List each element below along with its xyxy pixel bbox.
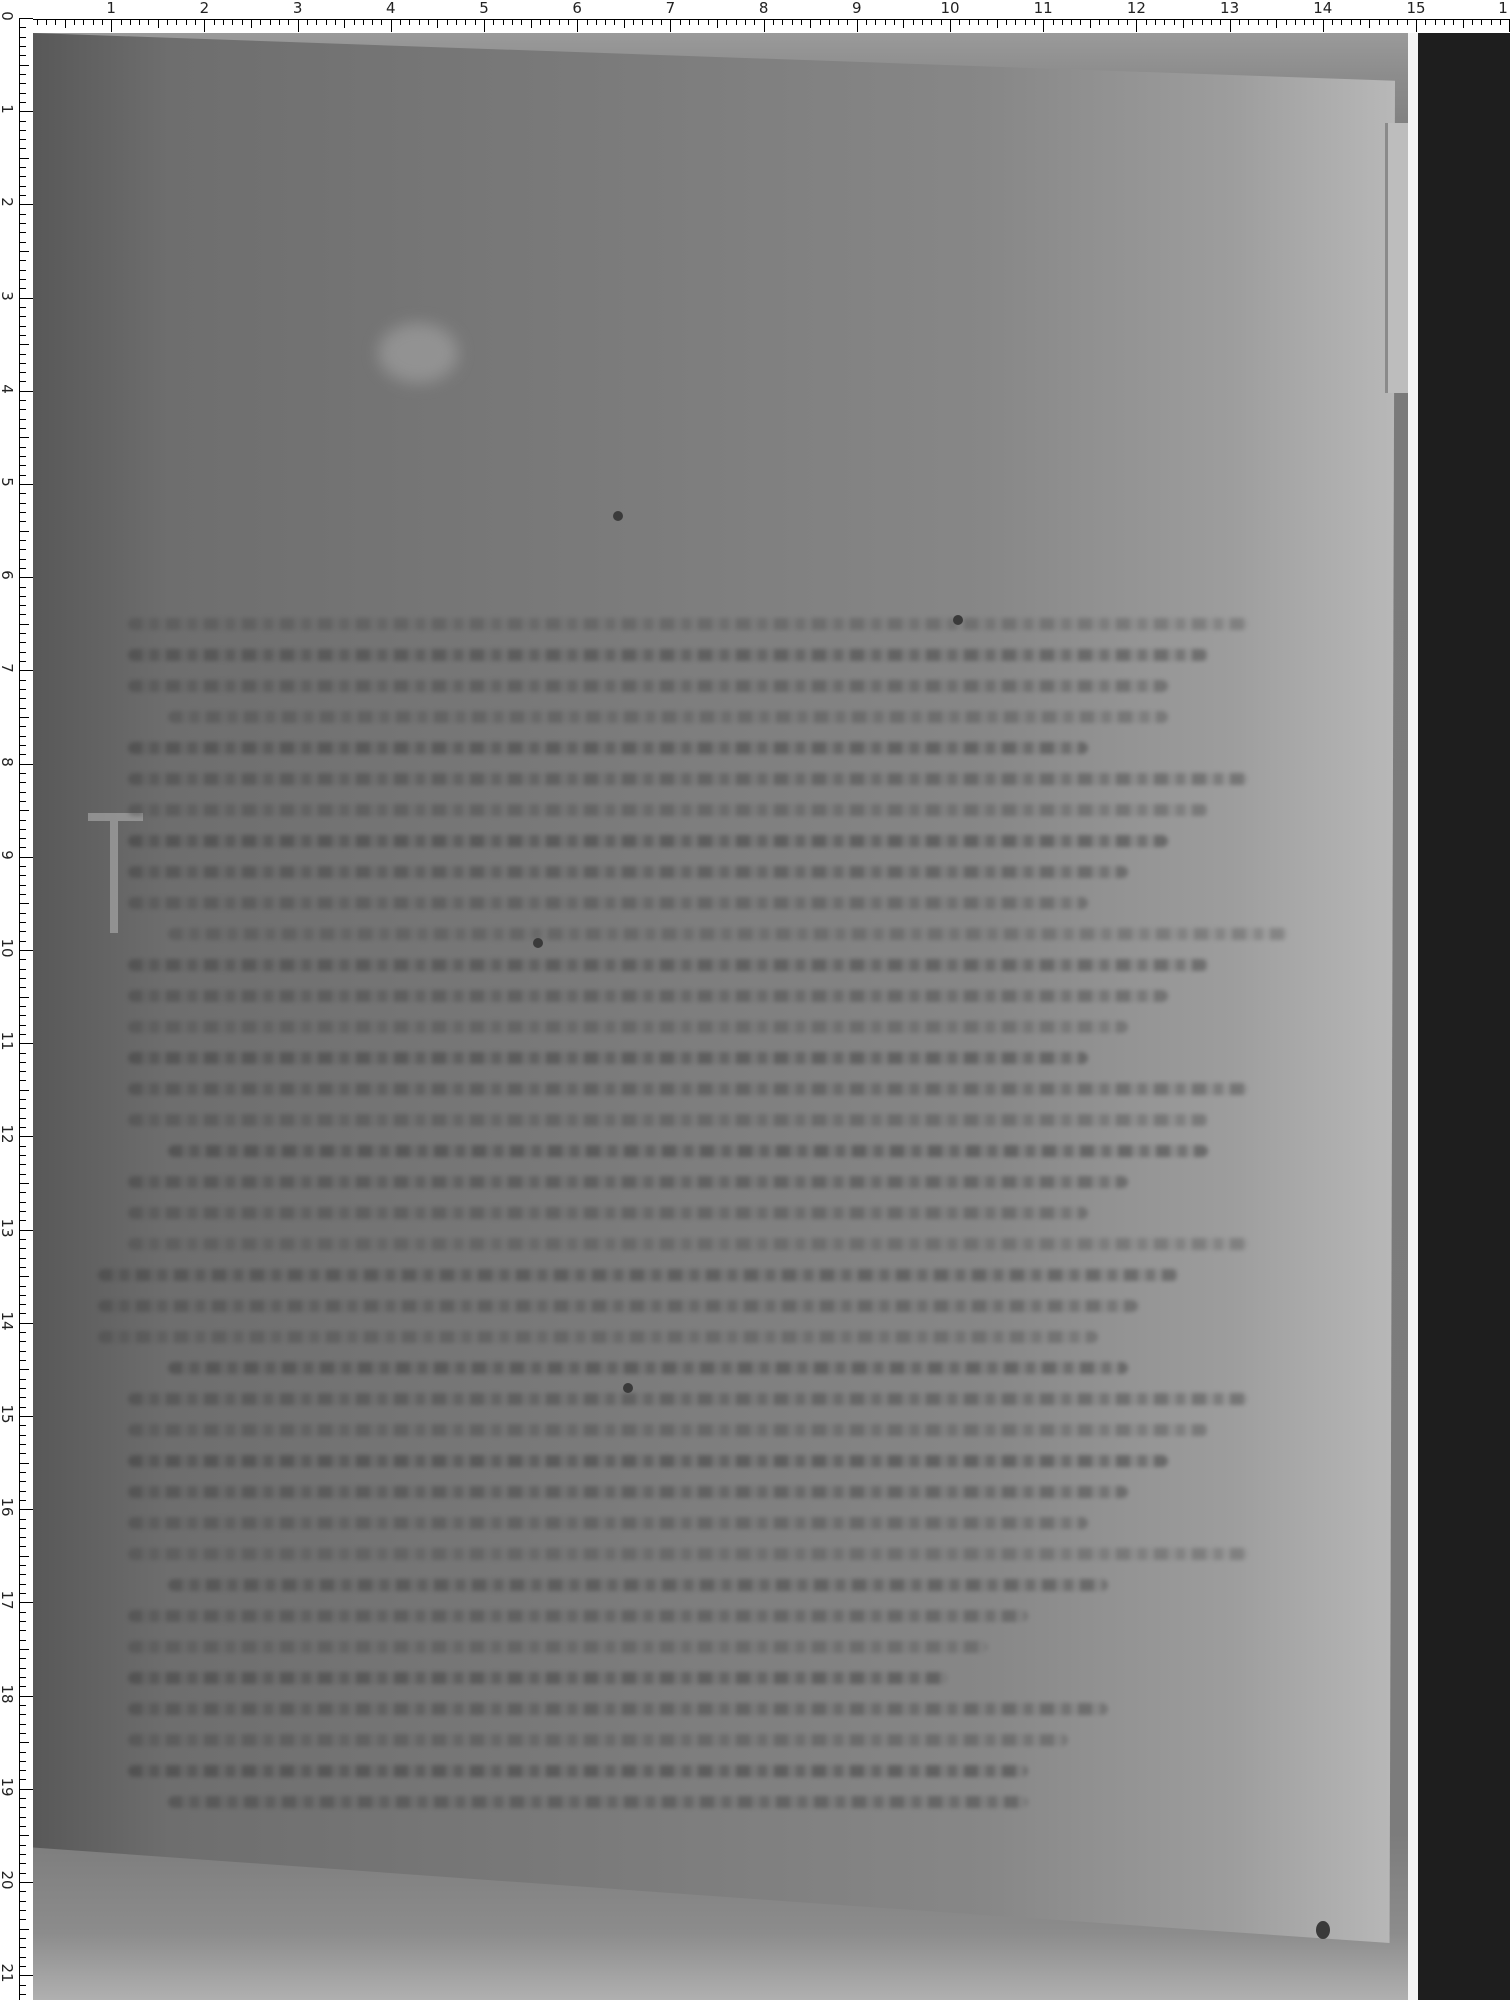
ruler-tick — [866, 19, 867, 25]
ruler-tick — [680, 19, 681, 25]
ruler-tick — [19, 1546, 26, 1547]
ruler-tick — [19, 1677, 26, 1678]
ruler-tick — [19, 866, 26, 867]
ruler-label: 9 — [0, 850, 14, 860]
ruler-tick — [1463, 19, 1464, 28]
ruler-tick — [19, 1295, 26, 1296]
manuscript-line — [128, 1207, 1088, 1219]
ruler-tick — [19, 1192, 26, 1193]
ruler-label: 15 — [0, 1404, 14, 1423]
ruler-tick — [19, 27, 26, 28]
ruler-tick — [19, 363, 26, 364]
ruler-tick — [19, 1919, 26, 1920]
top-ruler: 01234567891011121314151 — [0, 0, 1510, 33]
ruler-tick — [19, 885, 26, 886]
ruler-tick — [19, 1397, 26, 1398]
ruler-tick — [19, 1258, 26, 1259]
ruler-label: 13 — [0, 1218, 14, 1237]
ruler-tick — [19, 121, 26, 122]
ruler-tick — [484, 19, 485, 32]
ruler-tick — [19, 913, 26, 914]
ruler-tick — [1127, 19, 1128, 25]
ruler-label: 0 — [0, 11, 14, 21]
ruler-tick — [102, 19, 103, 25]
ruler-tick — [568, 19, 569, 25]
ruler-tick — [19, 1686, 26, 1687]
ruler-tick — [19, 1742, 29, 1743]
ruler-tick — [1108, 19, 1109, 25]
ruler-tick — [969, 19, 970, 25]
ruler-tick — [19, 409, 26, 410]
ruler-tick — [19, 223, 26, 224]
ruler-tick — [279, 19, 280, 25]
ruler-label: 6 — [572, 0, 582, 16]
ruler-tick — [1500, 19, 1501, 25]
ruler-tick — [19, 1006, 26, 1007]
ruler-tick — [642, 19, 643, 25]
scan-area — [33, 33, 1510, 2000]
ruler-tick — [19, 1407, 26, 1408]
ruler-tick — [19, 1071, 26, 1072]
ruler-label: 2 — [200, 0, 210, 16]
ruler-tick — [19, 167, 26, 168]
ruler-tick — [19, 195, 26, 196]
ruler-label: 12 — [1127, 0, 1146, 16]
ruler-tick — [1435, 19, 1436, 25]
manuscript-line — [128, 804, 1208, 816]
ruler-tick — [19, 55, 26, 56]
ruler-tick — [19, 1649, 29, 1650]
ruler-tick — [773, 19, 774, 25]
ruler-tick — [1183, 19, 1184, 28]
ruler-tick — [19, 270, 26, 271]
ruler-tick — [307, 19, 308, 25]
ruler-tick — [55, 19, 56, 25]
ruler-tick — [540, 19, 541, 25]
ruler-tick — [19, 232, 26, 233]
ruler-tick — [19, 1146, 26, 1147]
ruler-tick — [19, 1248, 26, 1249]
ruler-tick — [475, 19, 476, 25]
ruler-tick — [298, 19, 299, 32]
manuscript-line — [168, 1362, 1128, 1374]
ruler-tick — [19, 1537, 26, 1538]
ruler-tick — [894, 19, 895, 25]
ruler-tick — [83, 19, 84, 25]
ruler-tick — [577, 19, 578, 32]
ruler-tick — [1313, 19, 1314, 25]
ruler-tick — [922, 19, 923, 25]
ruler-tick — [19, 1612, 26, 1613]
ruler-tick — [661, 19, 662, 25]
ruler-tick — [1379, 19, 1380, 25]
ruler-tick — [764, 19, 765, 32]
ruler-tick — [204, 19, 205, 32]
ruler-tick — [19, 186, 26, 187]
ruler-tick — [19, 437, 29, 438]
ruler-tick — [1332, 19, 1333, 25]
ruler-tick — [745, 19, 746, 25]
ruler-label: 13 — [1220, 0, 1239, 16]
ruler-tick — [93, 19, 94, 25]
ruler-tick — [121, 19, 122, 25]
manuscript-line — [128, 959, 1208, 971]
ruler-tick — [1146, 19, 1147, 25]
ruler-tick — [19, 531, 29, 532]
ruler-tick — [19, 1910, 26, 1911]
ruler-label: 8 — [759, 0, 769, 16]
ruler-tick — [19, 1696, 33, 1697]
ruler-tick — [1388, 19, 1389, 25]
ruler-tick — [19, 1938, 26, 1939]
ruler-tick — [19, 764, 33, 765]
ruler-tick — [19, 139, 26, 140]
ruler-tick — [19, 1574, 26, 1575]
ruler-tick — [1136, 19, 1137, 32]
ruler-tick — [19, 587, 26, 588]
ruler-tick — [176, 19, 177, 25]
manuscript-line — [128, 1486, 1128, 1498]
ruler-tick — [19, 969, 26, 970]
ruler-tick — [19, 1388, 26, 1389]
ruler-tick — [19, 65, 29, 66]
ruler-tick — [19, 1202, 26, 1203]
ruler-tick — [19, 1360, 26, 1361]
ruler-tick — [19, 997, 29, 998]
ruler-tick — [1164, 19, 1165, 25]
ruler-tick — [391, 19, 392, 32]
manuscript-line — [98, 1300, 1138, 1312]
ruler-tick — [19, 493, 26, 494]
ruler-tick — [549, 19, 550, 25]
ruler-tick — [493, 19, 494, 25]
ink-spot — [623, 1383, 633, 1393]
page-edge-tab — [1385, 123, 1408, 393]
ruler-tick — [19, 1043, 33, 1044]
ruler-tick — [19, 1164, 26, 1165]
ruler-label: 14 — [0, 1311, 14, 1330]
dark-background — [1418, 33, 1510, 2000]
ruler-tick — [19, 605, 26, 606]
ruler-tick — [1025, 19, 1026, 25]
ruler-label: 18 — [0, 1684, 14, 1703]
ruler-tick — [19, 549, 26, 550]
ruler-label: 20 — [0, 1870, 14, 1889]
ruler-tick — [19, 670, 33, 671]
ruler-tick — [624, 19, 625, 28]
ruler-tick — [19, 148, 26, 149]
ruler-tick — [19, 624, 29, 625]
ruler-tick — [1295, 19, 1296, 25]
ruler-tick — [19, 1211, 26, 1212]
ruler-tick — [19, 130, 26, 131]
manuscript-line — [98, 1269, 1178, 1281]
ruler-tick — [19, 1863, 26, 1864]
manuscript-line — [128, 1672, 948, 1684]
ruler-tick — [19, 1891, 26, 1892]
ruler-tick — [521, 19, 522, 25]
manuscript-line — [128, 773, 1248, 785]
ruler-tick — [19, 680, 26, 681]
manuscript-line — [98, 1331, 1098, 1343]
ruler-tick — [782, 19, 783, 25]
ruler-tick — [19, 484, 33, 485]
ruler-tick — [19, 1062, 26, 1063]
manuscript-line — [128, 1610, 1028, 1622]
ruler-tick — [19, 792, 26, 793]
manuscript-line — [128, 1083, 1248, 1095]
ruler-label: 11 — [1034, 0, 1053, 16]
ruler-tick — [1444, 19, 1445, 25]
ruler-tick — [19, 307, 26, 308]
ruler-tick — [605, 19, 606, 25]
ruler-tick — [19, 1351, 26, 1352]
ruler-tick — [19, 279, 26, 280]
ruler-tick — [19, 1267, 26, 1268]
ruler-tick — [19, 1136, 33, 1137]
ruler-tick — [1230, 19, 1231, 32]
ruler-tick — [19, 176, 26, 177]
ruler-tick — [19, 465, 26, 466]
ruler-tick — [885, 19, 886, 25]
ruler-tick — [19, 288, 26, 289]
ruler-tick — [19, 1556, 29, 1557]
ruler-tick — [1015, 19, 1016, 25]
ruler-tick — [19, 614, 26, 615]
manuscript-text-block — [128, 618, 1328, 1827]
ruler-label: 3 — [293, 0, 303, 16]
ruler-tick — [1267, 19, 1268, 25]
ruler-tick — [19, 1779, 26, 1780]
ruler-tick — [148, 19, 149, 25]
ruler-label: 12 — [0, 1125, 14, 1144]
ruler-tick — [512, 19, 513, 25]
ruler-tick — [754, 19, 755, 25]
ruler-tick — [1491, 19, 1492, 25]
manuscript-line — [128, 1393, 1248, 1405]
ruler-tick — [1211, 19, 1212, 25]
ruler-tick — [1192, 19, 1193, 25]
ruler-tick — [19, 941, 26, 942]
manuscript-line — [168, 711, 1168, 723]
ruler-tick — [19, 950, 33, 951]
ruler-tick — [19, 922, 26, 923]
ruler-tick — [19, 959, 26, 960]
ruler-tick — [19, 978, 26, 979]
ruler-tick — [838, 19, 839, 25]
ruler-tick — [1034, 19, 1035, 25]
ruler-tick — [456, 19, 457, 25]
ruler-tick — [19, 1752, 26, 1753]
ruler-tick — [158, 19, 159, 28]
ruler-tick — [19, 559, 26, 560]
ruler-tick — [1416, 19, 1417, 32]
ruler-tick — [1155, 19, 1156, 25]
ruler-tick — [503, 19, 504, 25]
ruler-tick — [19, 1994, 26, 1995]
ruler-tick — [1258, 19, 1259, 25]
ruler-label: 15 — [1406, 0, 1425, 16]
ruler-label: 5 — [0, 477, 14, 487]
ruler-tick — [19, 1313, 26, 1314]
ruler-tick — [19, 1341, 26, 1342]
ruler-tick — [1341, 19, 1342, 25]
ruler-tick — [978, 19, 979, 25]
ruler-tick — [1239, 19, 1240, 25]
ruler-label: 11 — [0, 1032, 14, 1051]
ruler-tick — [19, 1080, 26, 1081]
ruler-tick — [19, 102, 26, 103]
ruler-tick — [19, 1845, 26, 1846]
ruler-tick — [19, 661, 26, 662]
ruler-tick — [19, 1118, 26, 1119]
ruler-tick — [19, 1770, 26, 1771]
ruler-tick — [941, 19, 942, 25]
ruler-tick — [670, 19, 671, 32]
manuscript-line — [128, 1114, 1208, 1126]
ruler-tick — [19, 475, 26, 476]
ruler-tick — [19, 1528, 26, 1529]
ruler-tick — [19, 568, 26, 569]
ruler-tick — [19, 1174, 26, 1175]
ruler-tick — [19, 1453, 26, 1454]
ruler-tick — [419, 19, 420, 25]
ruler-tick — [19, 540, 26, 541]
ruler-tick — [19, 931, 26, 932]
ruler-tick — [19, 1230, 33, 1231]
ink-spot — [533, 938, 543, 948]
manuscript-line — [128, 990, 1168, 1002]
ruler-tick — [792, 19, 793, 25]
ruler-tick — [232, 19, 233, 25]
ruler-tick — [19, 214, 26, 215]
ruler-tick — [19, 1304, 26, 1305]
ruler-tick — [186, 19, 187, 25]
ruler-tick — [19, 1733, 26, 1734]
ruler-tick — [689, 19, 690, 25]
ruler-tick — [344, 19, 345, 28]
ruler-tick — [19, 782, 26, 783]
ruler-label: 8 — [0, 757, 14, 767]
ruler-label: 14 — [1313, 0, 1332, 16]
ruler-tick — [19, 1286, 26, 1287]
ruler-tick — [19, 810, 29, 811]
ruler-tick — [354, 19, 355, 25]
ruler-tick — [19, 736, 26, 737]
ruler-tick — [335, 19, 336, 25]
ruler-tick — [19, 1155, 26, 1156]
ruler-tick — [596, 19, 597, 25]
manuscript-line — [128, 1641, 988, 1653]
ruler-tick — [19, 1565, 26, 1566]
ruler-tick — [19, 1807, 26, 1808]
ruler-tick — [19, 447, 26, 448]
ruler-tick — [19, 1658, 26, 1659]
ruler-label: 1 — [0, 104, 14, 114]
ruler-tick — [195, 19, 196, 25]
ruler-tick — [1099, 19, 1100, 25]
ruler-tick — [19, 1239, 26, 1240]
ruler-tick — [736, 19, 737, 25]
ruler-tick — [19, 316, 26, 317]
ruler-tick — [19, 18, 33, 19]
ruler-tick — [19, 1901, 26, 1902]
ruler-tick — [19, 1183, 29, 1184]
ruler-tick — [19, 372, 26, 373]
ruler-tick — [381, 19, 382, 25]
ruler-tick — [19, 1985, 26, 1986]
manuscript-line — [128, 1517, 1088, 1529]
ruler-tick — [19, 1593, 26, 1594]
ruler-tick — [19, 335, 26, 336]
manuscript-line — [168, 1579, 1108, 1591]
ruler-label: 7 — [666, 0, 676, 16]
ruler-label: 17 — [0, 1591, 14, 1610]
ruler-tick — [19, 1705, 26, 1706]
ruler-tick — [447, 19, 448, 25]
manuscript-line — [128, 1703, 1108, 1715]
manuscript-line — [168, 1145, 1208, 1157]
ruler-tick — [19, 1379, 26, 1380]
ruler-tick — [1323, 19, 1324, 32]
ruler-label: 1 — [1498, 0, 1508, 16]
ruler-label: 7 — [0, 664, 14, 674]
ruler-tick — [19, 419, 26, 420]
ruler-tick — [717, 19, 718, 28]
ruler-tick — [19, 1416, 33, 1417]
ruler-tick — [19, 1090, 29, 1091]
ink-spot — [1316, 1921, 1330, 1939]
ruler-tick — [19, 1491, 26, 1492]
ruler-tick — [19, 726, 26, 727]
ruler-label: 10 — [0, 938, 14, 957]
ruler-label: 9 — [852, 0, 862, 16]
ruler-tick — [19, 521, 26, 522]
ruler-tick — [19, 1108, 26, 1109]
ruler-tick — [19, 344, 29, 345]
ruler-tick — [1248, 19, 1249, 25]
ruler-tick — [19, 754, 26, 755]
ruler-tick — [559, 19, 560, 25]
ruler-tick — [531, 19, 532, 28]
ruler-tick — [959, 19, 960, 25]
ruler-tick — [19, 857, 33, 858]
ruler-tick — [19, 1929, 29, 1930]
manuscript-line — [128, 742, 1088, 754]
ruler-tick — [19, 773, 26, 774]
ruler-tick — [19, 1425, 26, 1426]
ruler-tick — [19, 1975, 33, 1976]
ruler-tick — [1407, 19, 1408, 25]
ruler-tick — [19, 745, 26, 746]
ruler-tick — [437, 19, 438, 28]
ruler-tick — [1472, 19, 1473, 25]
ruler-tick — [810, 19, 811, 28]
ruler-tick — [19, 1463, 29, 1464]
ruler-tick — [19, 1640, 26, 1641]
manuscript-line — [128, 1238, 1248, 1250]
ruler-tick — [19, 1323, 33, 1324]
ruler-label: 1 — [106, 0, 116, 16]
ink-spot — [613, 511, 623, 521]
ruler-tick — [242, 19, 243, 25]
ruler-tick — [1304, 19, 1305, 25]
ruler-tick — [19, 1472, 26, 1473]
ruler-tick — [19, 1957, 26, 1958]
ruler-tick — [19, 1584, 26, 1585]
ruler-tick — [652, 19, 653, 25]
ruler-tick — [19, 1835, 29, 1836]
